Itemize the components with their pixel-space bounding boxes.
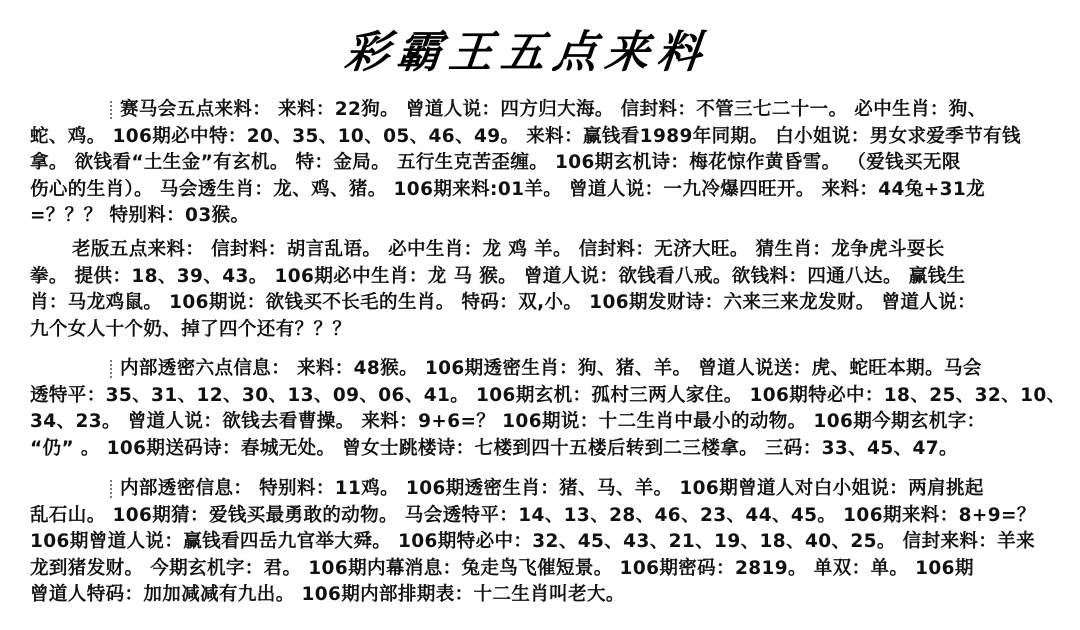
text-line: 龙到猪发财。 今期玄机字：君。 106期内幕消息：兔走鸟飞催短景。 106期密码… [30,556,1060,583]
dotted-marker [110,101,116,119]
text-line: “仍” 。 106期送码诗：春城无处。 曾女士跳楼诗：七楼到四十五楼后转到二三楼… [30,436,1060,463]
text-line: 拳。 提供：18、39、43。 106期必中生肖：龙 马 猴。 曾道人说：欲钱看… [30,264,1060,291]
text-line: 内部透密六点信息： 来料：48猴。 106期透密生肖：狗、猪、羊。 曾道人说送：… [30,356,1060,383]
text-line: 伤心的生肖）。 马会透生肖：龙、鸡、猪。 106期来料:01羊。 曾道人说：一九… [30,177,1060,204]
page-title: 彩霸王五点来料 [342,26,718,80]
text-line: 肖：马龙鸡鼠。 106期说：欲钱买不长毛的生肖。 特码：双,小。 106期发财诗… [30,290,1060,317]
text-line: 34、23。 曾道人说：欲钱去看曹操。 来料：9+6=？ 106期说：十二生肖中… [30,409,1060,436]
text-line: 老版五点来料： 信封料：胡言乱语。 必中生肖：龙 鸡 羊。 信封料：无济大旺。 … [30,237,1060,264]
text-line: 106期曾道人说：赢钱看四岳九官举大舜。 106期特必中：32、45、43、21… [30,529,1060,556]
text-line: 赛马会五点来料： 来料：22狗。 曾道人说：四方归大海。 信封料：不管三七二十一… [30,97,1060,124]
text-line: =？？？ 特别料：03猴。 [30,203,1060,230]
section-internal-six-point: 内部透密六点信息： 来料：48猴。 106期透密生肖：狗、猪、羊。 曾道人说送：… [30,356,1060,462]
dotted-marker [110,360,116,378]
section-saimahui-five-point: 赛马会五点来料： 来料：22狗。 曾道人说：四方归大海。 信封料：不管三七二十一… [30,97,1060,230]
text-line: 拿。 欲钱看“土生金”有玄机。 特：金局。 五行生克苦歪缠。 106期玄机诗：梅… [30,150,1060,177]
text-line: 九个女人十个奶、掉了四个还有？？？ [30,317,1060,344]
section-internal-info: 内部透密信息： 特别料：11鸡。 106期透密生肖：猪、马、羊。 106期曾道人… [30,476,1060,609]
section-old-version-five-point: 老版五点来料： 信封料：胡言乱语。 必中生肖：龙 鸡 羊。 信封料：无济大旺。 … [30,237,1060,343]
text-line: 内部透密信息： 特别料：11鸡。 106期透密生肖：猪、马、羊。 106期曾道人… [30,476,1060,503]
text-line: 曾道人特码：加加减减有九出。 106期内部排期表：十二生肖叫老大。 [30,582,1060,609]
dotted-marker [110,480,116,498]
text-line: 透特平：35、31、12、30、13、09、06、41。 106期玄机：孤村三两… [30,383,1060,410]
text-line: 蛇、鸡。 106期必中特：20、35、10、05、46、49。 来料：赢钱看19… [30,124,1060,151]
text-line: 乱石山。 106期猜：爱钱买最勇敢的动物。 马会透特平：14、13、28、46、… [30,503,1060,530]
